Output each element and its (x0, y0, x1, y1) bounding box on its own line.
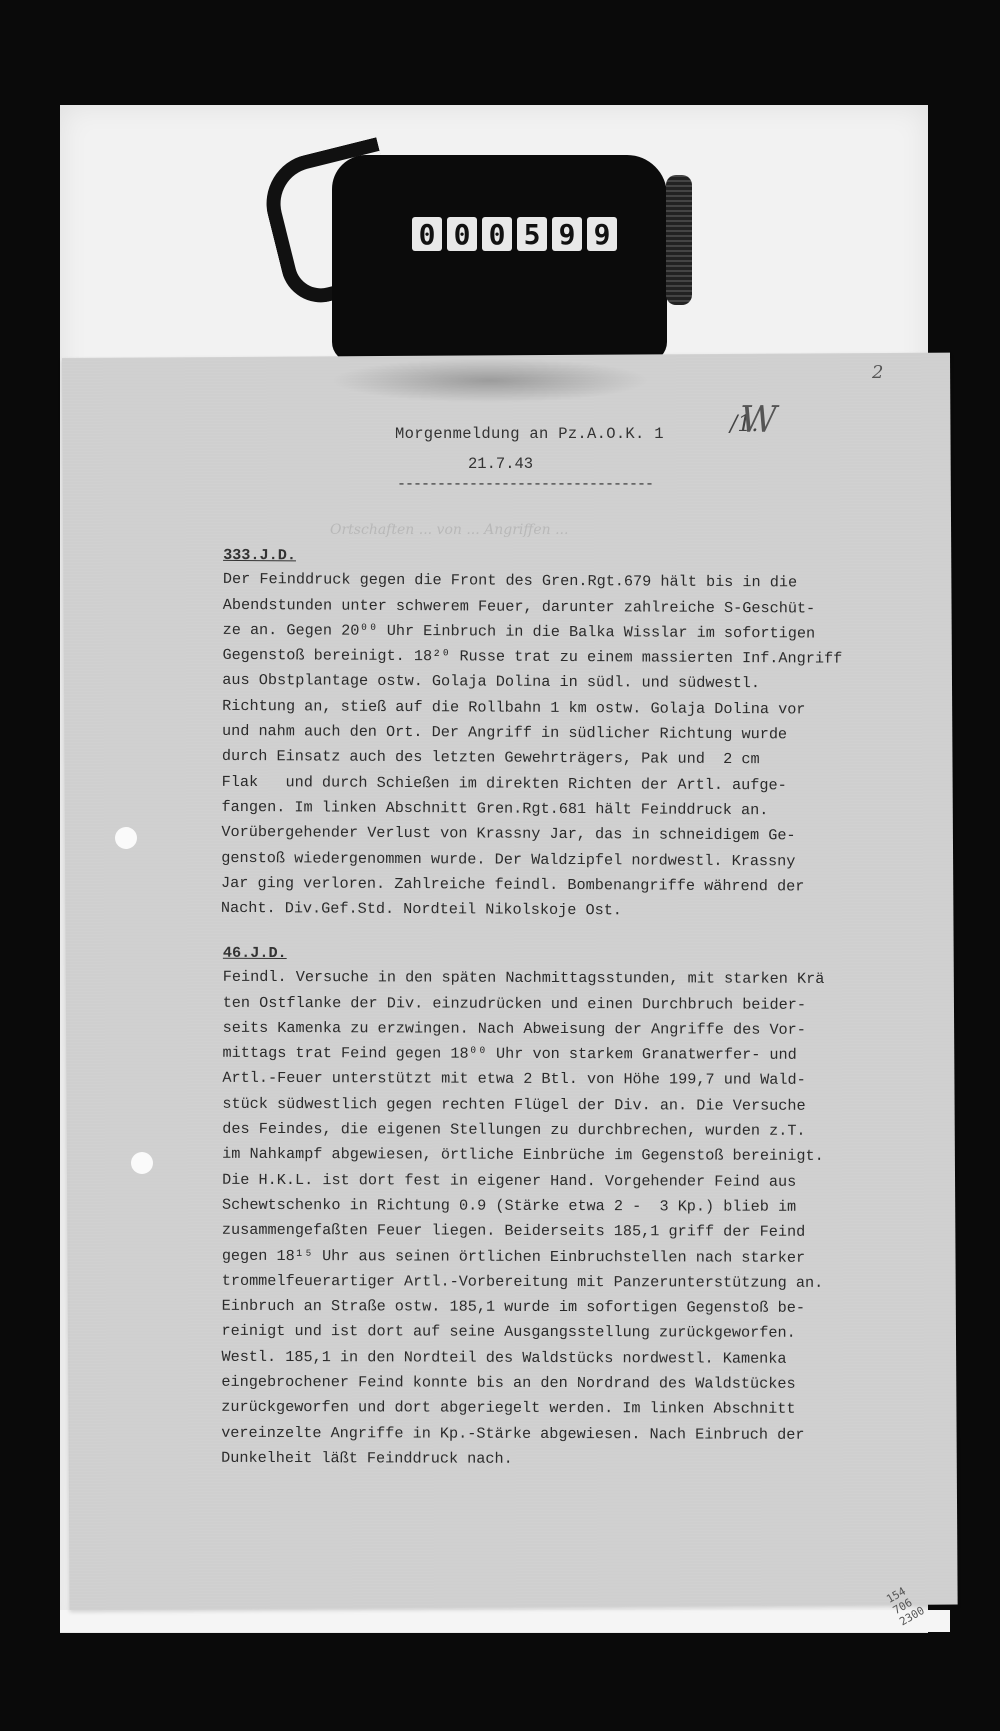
text-line: Vorübergehender Verlust von Krassny Jar,… (221, 820, 911, 850)
text-line: aus Obstplantage ostw. Golaja Dolina in … (222, 668, 912, 698)
text-line: Nacht. Div.Gef.Std. Nordteil Nikolskoje … (221, 896, 911, 926)
counter-digits: 0 0 0 5 9 9 (412, 217, 617, 251)
text-line: im Nahkampf abgewiesen, örtliche Einbrüc… (222, 1142, 912, 1170)
punch-hole (131, 1152, 153, 1174)
text-line: gegen 18¹⁵ Uhr aus seinen örtlichen Einb… (222, 1243, 912, 1271)
text-line: Die H.K.L. ist dort fest in eigener Hand… (222, 1167, 912, 1195)
section-body: Der Feinddruck gegen die Front des Gren.… (221, 567, 913, 925)
counter-reset-knob (666, 175, 692, 305)
text-line: seits Kamenka zu erzwingen. Nach Abweisu… (223, 1016, 913, 1044)
text-line: zusammengefaßten Feuer liegen. Beidersei… (222, 1218, 912, 1246)
text-line: zurückgeworfen und dort abgeriegelt werd… (221, 1395, 911, 1423)
document-date: 21.7.43 (468, 455, 533, 473)
text-line: Schewtschenko in Richtung 0.9 (Stärke et… (222, 1193, 912, 1221)
text-line: mittags trat Feind gegen 18⁰⁰ Uhr von st… (222, 1041, 912, 1069)
counter-body (332, 155, 667, 362)
text-line: Feindl. Versuche in den späten Nachmitta… (223, 965, 913, 993)
punch-hole (115, 827, 137, 849)
text-line: Einbruch an Straße ostw. 185,1 wurde im … (222, 1294, 912, 1322)
text-line: eingebrochener Feind konnte bis an den N… (221, 1370, 911, 1398)
report-section-333-jd: 333.J.D. Der Feinddruck gegen die Front … (221, 543, 913, 926)
title-separator: -------------------------------- (397, 476, 653, 493)
counter-digit: 0 (482, 217, 512, 251)
counter-digit: 9 (552, 217, 582, 251)
text-line: Artl.-Feuer unterstützt mit etwa 2 Btl. … (222, 1066, 912, 1094)
text-line: reinigt und ist dort auf seine Ausgangss… (222, 1319, 912, 1347)
handwritten-corner-mark: 2 (872, 362, 883, 383)
report-section-46-jd: 46.J.D. Feindl. Versuche in den späten N… (221, 941, 913, 1474)
counter-digit: 0 (412, 217, 442, 251)
frame-counter-device: 0 0 0 5 9 9 (312, 150, 694, 362)
section-heading: 46.J.D. (223, 941, 913, 969)
text-line: Westl. 185,1 in den Nordteil des Waldstü… (221, 1345, 911, 1373)
text-line: trommelfeuerartiger Artl.-Vorbereitung m… (222, 1269, 912, 1297)
backing-sheet-bottom-edge (60, 1610, 950, 1632)
section-body: Feindl. Versuche in den späten Nachmitta… (221, 965, 913, 1473)
text-line: durch Einsatz auch des letzten Gewehrträ… (222, 744, 912, 774)
counter-shadow (330, 358, 650, 403)
text-line: Der Feinddruck gegen die Front des Gren.… (223, 567, 913, 597)
text-line: Dunkelheit läßt Feinddruck nach. (221, 1446, 911, 1474)
text-line: stück südwestlich gegen rechten Flügel d… (222, 1092, 912, 1120)
counter-digit: 0 (447, 217, 477, 251)
counter-digit: 5 (517, 217, 547, 251)
text-line: des Feindes, die eigenen Stellungen zu d… (222, 1117, 912, 1145)
handwritten-initial: W (740, 400, 777, 441)
counter-digit: 9 (587, 217, 617, 251)
text-line: ten Ostflanke der Div. einzudrücken und … (223, 990, 913, 1018)
bleed-through-text: Ortschaften ... von ... Angriffen ... (330, 522, 568, 538)
text-line: vereinzelte Angriffe in Kp.-Stärke abgew… (221, 1420, 911, 1448)
document-title: Morgenmeldung an Pz.A.O.K. 1 (395, 425, 664, 443)
